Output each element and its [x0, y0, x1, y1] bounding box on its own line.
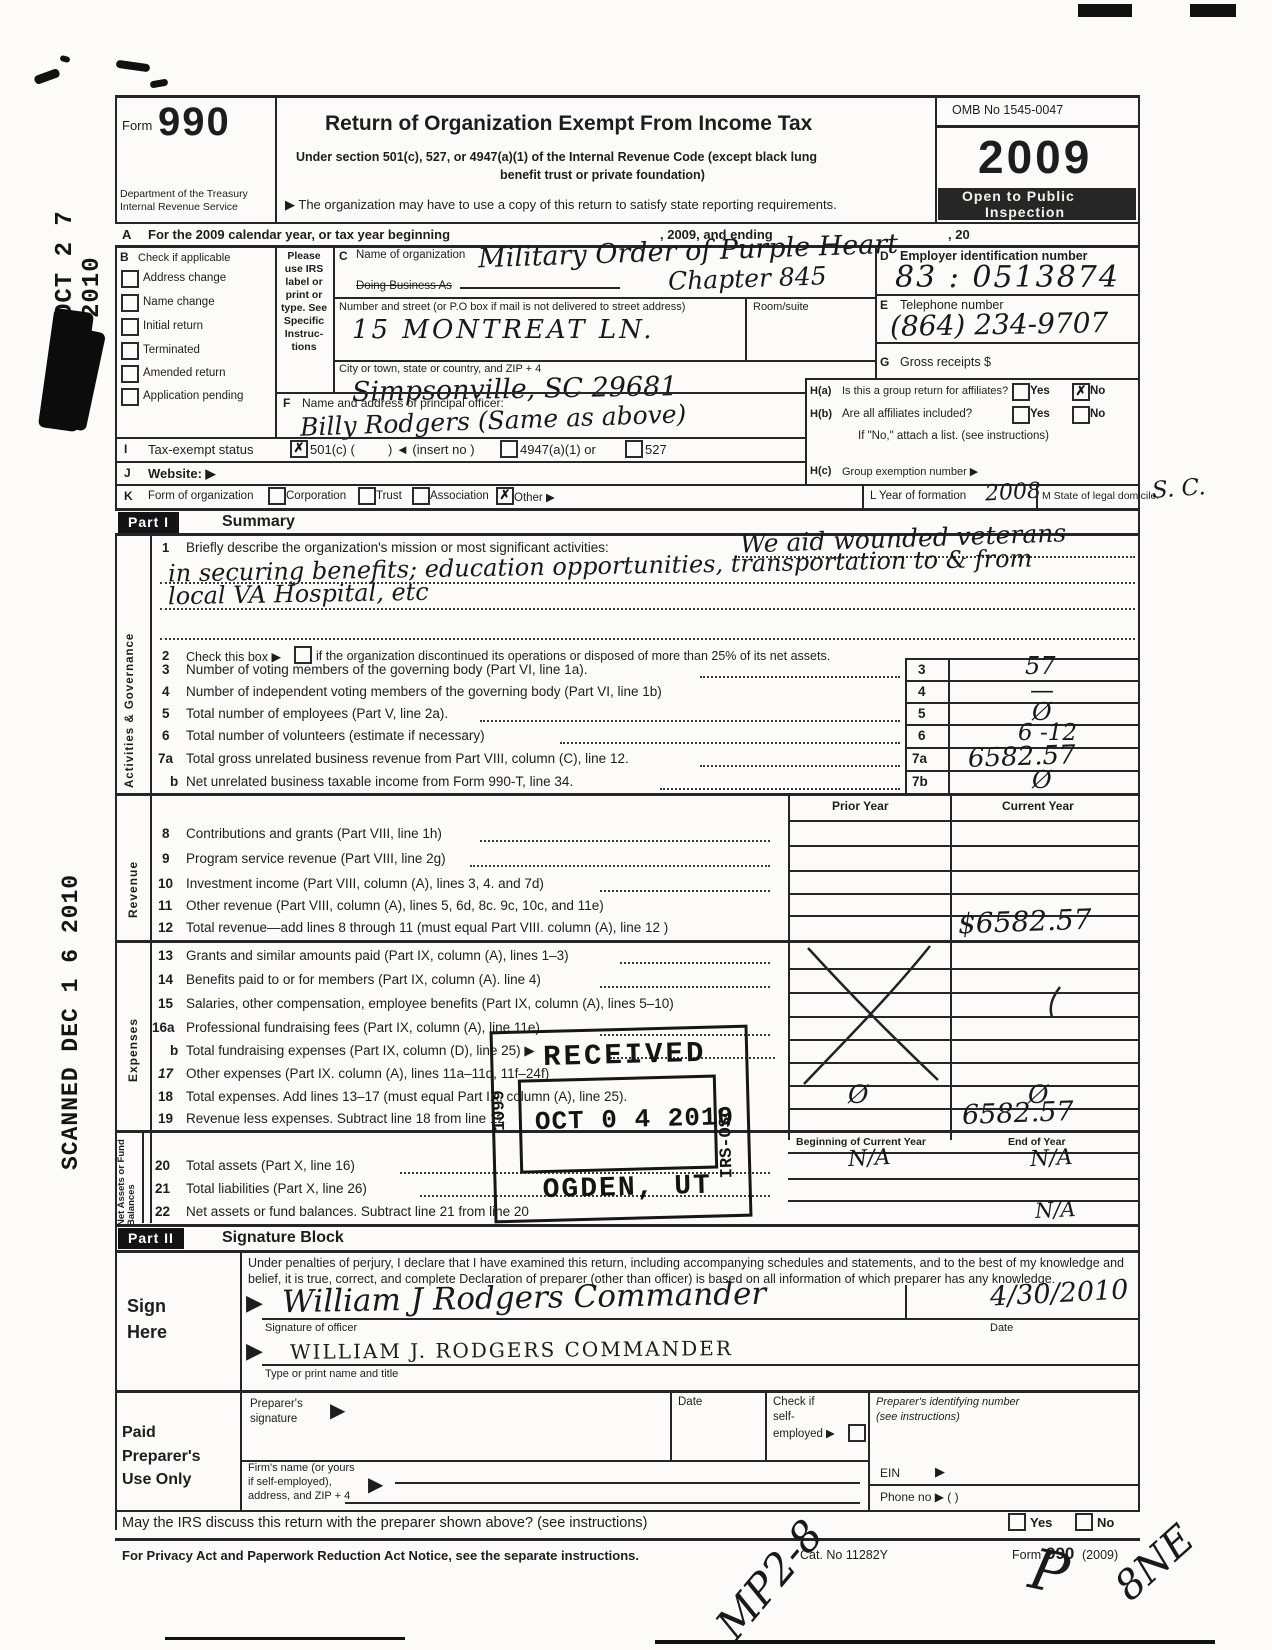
hb-no-checkbox[interactable] — [1072, 406, 1090, 424]
hc-text: Group exemption number ▶ — [842, 465, 978, 478]
room-suite-label: Room/suite — [753, 301, 809, 313]
row-6-box: 6 — [918, 728, 926, 743]
received-stamp-right-code: IRS-OSC — [715, 1058, 737, 1178]
row-i-label: I — [124, 442, 127, 456]
ha-label: H(a) — [810, 385, 831, 397]
section-b-label: B — [120, 250, 129, 264]
signature-date-label: Date — [990, 1322, 1013, 1334]
footer-form-year: (2009) — [1082, 1548, 1118, 1562]
preparers-word: Preparer's — [122, 1448, 201, 1466]
preparer-date-label: Date — [678, 1396, 702, 1408]
state-of-domicile-value: S. C. — [1151, 474, 1206, 504]
row-15-number: 15 — [158, 996, 173, 1011]
type-or-print-label: Type or print name and title — [265, 1368, 398, 1380]
terminated-checkbox[interactable] — [121, 342, 139, 360]
row-13-text: Grants and similar amounts paid (Part IX… — [186, 948, 569, 963]
discuss-no-checkbox[interactable] — [1075, 1513, 1093, 1531]
received-stamp-date: OCT 0 4 2010 — [535, 1102, 735, 1137]
row-12-number: 12 — [158, 920, 173, 935]
row-j-label: J — [124, 466, 131, 480]
state-of-domicile-label: M State of legal domicile. — [1042, 490, 1159, 502]
bottom-notation-ne: 8NE — [1106, 1516, 1203, 1610]
ha-no-checkbox[interactable]: ✗ — [1072, 383, 1090, 401]
section-g-label: G — [880, 355, 889, 369]
row-20-number: 20 — [155, 1158, 170, 1173]
row-17-number: 17 — [158, 1066, 173, 1081]
check-if-label-2: self- — [773, 1411, 795, 1423]
gross-receipts-label: Gross receipts $ — [900, 355, 991, 369]
preparer-signature-label-2: signature — [250, 1413, 297, 1425]
row-5-number: 5 — [162, 706, 170, 721]
row-18-prior-value: Ø — [848, 1080, 869, 1109]
row-20-beginning-value: N/A — [847, 1145, 891, 1172]
tax-exempt-status-label: Tax-exempt status — [148, 442, 254, 457]
state-reporting-note: ▶ The organization may have to use a cop… — [285, 197, 837, 213]
firm-arrow-icon: ▶ — [368, 1472, 383, 1497]
privacy-act-notice: For Privacy Act and Paperwork Reduction … — [122, 1548, 639, 1563]
row-15-text: Salaries, other compensation, employee b… — [186, 996, 674, 1011]
row-6-number: 6 — [162, 728, 170, 743]
received-stamp: RECEIVED OCT 0 4 2010 1099 IRS-OSC OGDEN… — [490, 1025, 753, 1224]
row-k-label: K — [124, 489, 133, 503]
row-19-text: Revenue less expenses. Subtract line 18 … — [186, 1111, 505, 1126]
check-if-label-3: employed ▶ — [773, 1426, 835, 1440]
part-2-title: Signature Block — [222, 1229, 344, 1247]
row-20-text: Total assets (Part X, line 16) — [186, 1158, 355, 1173]
terminated-label: Terminated — [143, 344, 200, 356]
use-only-word: Use Only — [122, 1471, 191, 1489]
row-9-number: 9 — [162, 851, 170, 866]
ink-speck — [116, 60, 151, 73]
printed-name-value[interactable]: WILLIAM J. RODGERS COMMANDER — [290, 1336, 733, 1364]
row-16a-number: 16a — [152, 1020, 175, 1035]
row-7a-box: 7a — [912, 751, 927, 766]
section-d-label: D — [880, 249, 889, 263]
application-pending-checkbox[interactable] — [121, 388, 139, 406]
part-2-badge: Part II — [118, 1228, 184, 1249]
omb-number: OMB No 1545-0047 — [952, 103, 1063, 117]
ha-no-label: No — [1090, 385, 1105, 397]
row-20-end-value: N/A — [1029, 1145, 1073, 1172]
hb-yes-checkbox[interactable] — [1012, 406, 1030, 424]
status-4947-checkbox[interactable] — [500, 440, 518, 458]
discuss-no-label: No — [1097, 1515, 1114, 1530]
year-of-formation-value: 2008 — [984, 479, 1041, 507]
received-stamp-word: RECEIVED — [543, 1037, 707, 1074]
scan-bar — [1190, 4, 1236, 17]
row-7b-text: Net unrelated business taxable income fr… — [186, 774, 573, 789]
application-pending-label: Application pending — [143, 390, 243, 402]
org-association-checkbox[interactable] — [412, 487, 430, 505]
stray-pen-mark — [1040, 985, 1064, 1019]
firm-name-label-3: address, and ZIP + 4 — [248, 1490, 350, 1502]
ein-row-label: EIN — [880, 1466, 900, 1480]
preparer-signature-label-1: Preparer's — [250, 1398, 303, 1410]
firm-name-label-1: Firm's name (or yours — [248, 1462, 355, 1474]
org-name-label: Name of organization — [356, 249, 465, 261]
row-11-number: 11 — [158, 898, 172, 913]
paid-word: Paid — [122, 1424, 156, 1442]
received-stamp-left-code: 1099 — [490, 1090, 510, 1131]
side-label-expenses: Expenses — [126, 952, 140, 1082]
part-1-title: Summary — [222, 513, 295, 531]
org-trust-checkbox[interactable] — [358, 487, 376, 505]
org-other-label: Other ▶ — [514, 490, 555, 504]
row-7b-box: 7b — [912, 774, 928, 789]
hb-text: Are all affiliates included? — [842, 408, 972, 420]
form-word: Form — [122, 118, 152, 133]
amended-return-label: Amended return — [143, 367, 225, 379]
row-7a-value: 6582.57 — [968, 740, 1077, 774]
ink-speck — [150, 78, 169, 88]
preparer-id-label-1: Preparer's identifying number — [876, 1396, 1019, 1408]
status-4947-label: 4947(a)(1) or — [520, 442, 596, 457]
phone-value: (864) 234-9707 — [890, 306, 1109, 343]
dept-line-2: Internal Revenue Service — [120, 201, 238, 213]
status-501c-checkmark: ✗ — [294, 440, 305, 455]
print-arrow-icon: ▶ — [246, 1338, 263, 1364]
row-19-number: 19 — [158, 1111, 173, 1126]
dba-label: Doing Business As — [356, 280, 452, 292]
hb-label: H(b) — [810, 408, 832, 420]
row-11-text: Other revenue (Part VIII, column (A), li… — [186, 898, 604, 913]
row-6-text: Total number of volunteers (estimate if … — [186, 728, 485, 743]
section-b-title: Check if applicable — [138, 252, 230, 264]
status-501c-insert: ) ◄ (insert no ) — [388, 442, 475, 457]
ha-text: Is this a group return for affiliates? — [842, 385, 1008, 397]
ha-yes-label: Yes — [1030, 385, 1050, 397]
amended-return-checkbox[interactable] — [121, 365, 139, 383]
scan-bar — [1078, 4, 1132, 17]
row-10-text: Investment income (Part VIII, column (A)… — [186, 876, 544, 891]
row-14-number: 14 — [158, 972, 173, 987]
preparer-sig-arrow-icon: ▶ — [330, 1398, 345, 1423]
row-18-number: 18 — [158, 1089, 173, 1104]
scan-line — [655, 1640, 1215, 1644]
ein-value: 83 : 0513874 — [895, 260, 1120, 295]
row-4-number: 4 — [162, 684, 170, 699]
org-corporation-label: Corporation — [286, 490, 346, 502]
mission-handwriting-3: local VA Hospital, etc — [168, 578, 429, 611]
ein-arrow-icon: ▶ — [935, 1464, 945, 1480]
row-12-text: Total revenue—add lines 8 through 11 (mu… — [186, 920, 668, 935]
row-7a-text: Total gross unrelated business revenue f… — [186, 751, 629, 766]
org-trust-label: Trust — [376, 490, 402, 502]
signature-date-value[interactable]: 4/30/2010 — [989, 1274, 1129, 1312]
line-a-label: A — [122, 227, 131, 242]
website-label: Website: ▶ — [148, 466, 216, 482]
row-16b-text: Total fundraising expenses (Part IX, col… — [186, 1043, 535, 1059]
row-14-text: Benefits paid to or for members (Part IX… — [186, 972, 541, 987]
row-7b-number: b — [170, 774, 178, 789]
row-22-text: Net assets or fund balances. Subtract li… — [186, 1204, 529, 1219]
status-527-checkbox[interactable] — [625, 440, 643, 458]
row-21-number: 21 — [155, 1181, 170, 1196]
form-990-scanned-page: OCT 2 7 2010 SCANNED DEC 1 6 2010 Form 9… — [0, 0, 1272, 1650]
form-subtitle-1: Under section 501(c), 527, or 4947(a)(1)… — [296, 150, 817, 164]
row-3-text: Number of voting members of the governin… — [186, 662, 587, 677]
street-value: 15 MONTREAT LN. — [352, 315, 655, 345]
status-501c-label: 501(c) ( — [310, 442, 355, 457]
may-irs-discuss-text: May the IRS discuss this return with the… — [122, 1515, 647, 1531]
row-4-text: Number of independent voting members of … — [186, 684, 662, 699]
phone-no-label: Phone no ▶ ( ) — [880, 1490, 959, 1504]
row-19-current-value: 6582.57 — [961, 1096, 1074, 1131]
ha-no-checkmark: ✗ — [1076, 383, 1087, 398]
here-word: Here — [127, 1322, 167, 1343]
line-2-number: 2 — [162, 648, 169, 663]
side-label-net-assets: Net Assets or Fund Balances — [117, 1134, 137, 1226]
form-of-org-label: Form of organization — [148, 490, 253, 502]
hb-no-label: No — [1090, 408, 1105, 420]
scan-line — [165, 1637, 405, 1640]
sign-word: Sign — [127, 1296, 166, 1317]
section-c-label: C — [339, 249, 348, 263]
open-to-public-line1: Open to Public — [962, 188, 1075, 204]
row-22-end-value: N/A — [1034, 1197, 1076, 1223]
signature-of-officer-label: Signature of officer — [265, 1322, 357, 1334]
preparer-id-label-2: (see instructions) — [876, 1411, 960, 1423]
row-21-text: Total liabilities (Part X, line 26) — [186, 1181, 367, 1196]
ha-yes-checkbox[interactable] — [1012, 383, 1030, 401]
form-subtitle-2: benefit trust or private foundation) — [500, 168, 705, 182]
row-13-number: 13 — [158, 948, 173, 963]
line-2-text-b: if the organization discontinued its ope… — [316, 649, 830, 663]
row-9-text: Program service revenue (Part VIII, line… — [186, 851, 446, 866]
self-employed-checkbox[interactable] — [848, 1424, 866, 1442]
row-7a-number: 7a — [158, 751, 173, 766]
row-16a-text: Professional fundraising fees (Part IX, … — [186, 1020, 540, 1035]
org-corporation-checkbox[interactable] — [268, 487, 286, 505]
hb-note: If "No," attach a list. (see instruction… — [858, 430, 1049, 442]
crossed-out-prior-column-mark — [790, 944, 948, 1086]
tax-year-big: 2009 — [978, 130, 1092, 184]
row-3-number: 3 — [162, 662, 170, 677]
status-501c-checkbox[interactable]: ✗ — [290, 440, 308, 458]
row-8-number: 8 — [162, 826, 170, 841]
use-irs-label-box: Please use IRS label or print or type. S… — [278, 250, 330, 388]
row-12-current-value: $6582.57 — [957, 903, 1092, 941]
side-label-revenue: Revenue — [126, 808, 140, 918]
hc-label: H(c) — [810, 465, 831, 477]
address-change-label: Address change — [143, 272, 226, 284]
ink-speck — [59, 55, 70, 63]
row-3-box: 3 — [918, 662, 926, 677]
row-8-text: Contributions and grants (Part VIII, lin… — [186, 826, 442, 841]
initial-return-label: Initial return — [143, 320, 203, 332]
received-stamp-city: OGDEN, UT — [542, 1171, 712, 1206]
line-a-end: , 20 — [948, 227, 970, 242]
section-e-label: E — [880, 298, 888, 312]
line-a-text: For the 2009 calendar year, or tax year … — [148, 227, 450, 242]
org-other-checkbox[interactable]: ✗ — [496, 487, 514, 505]
form-title: Return of Organization Exempt From Incom… — [325, 112, 812, 136]
org-other-checkmark: ✗ — [500, 487, 511, 502]
row-5-box: 5 — [918, 706, 926, 721]
row-22-number: 22 — [155, 1204, 170, 1219]
signature-arrow-icon: ▶ — [246, 1290, 263, 1316]
postmark-date-stamp: OCT 2 7 2010 — [52, 168, 106, 318]
name-change-checkbox[interactable] — [121, 294, 139, 312]
row-4-box: 4 — [918, 684, 926, 699]
org-name-value-2: Chapter 845 — [668, 261, 828, 296]
officer-signature-value[interactable]: William J Rodgers Commander — [282, 1276, 767, 1320]
line-1-number: 1 — [162, 540, 169, 555]
check-if-label-1: Check if — [773, 1396, 815, 1408]
side-label-governance: Activities & Governance — [124, 548, 136, 788]
dept-line-1: Department of the Treasury — [120, 188, 248, 200]
org-association-label: Association — [430, 490, 489, 502]
firm-name-label-2: if self-employed), — [248, 1476, 332, 1488]
part-1-badge: Part I — [118, 512, 179, 533]
current-year-header: Current Year — [1002, 799, 1074, 813]
address-change-checkbox[interactable] — [121, 270, 139, 288]
row-10-number: 10 — [158, 876, 173, 891]
row-7b-value: Ø — [1032, 766, 1052, 794]
name-change-label: Name change — [143, 296, 215, 308]
section-f-label: F — [283, 396, 290, 410]
street-label: Number and street (or P.O box if mail is… — [339, 301, 685, 313]
initial-return-checkbox[interactable] — [121, 318, 139, 336]
scanned-stamp: SCANNED DEC 1 6 2010 — [58, 870, 84, 1170]
discuss-yes-checkbox[interactable] — [1008, 1513, 1026, 1531]
row-16b-number: b — [170, 1043, 178, 1058]
hb-yes-label: Yes — [1030, 408, 1050, 420]
status-527-label: 527 — [645, 442, 667, 457]
row-5-text: Total number of employees (Part V, line … — [186, 706, 448, 721]
prior-year-header: Prior Year — [832, 799, 888, 813]
form-number: 990 — [158, 100, 231, 145]
open-to-public-line2: Inspection — [985, 204, 1065, 220]
ink-speck — [33, 68, 61, 85]
discuss-yes-label: Yes — [1030, 1515, 1052, 1530]
year-of-formation-label: L Year of formation — [870, 490, 966, 502]
bottom-notation-mp: MP2-8 — [706, 1511, 833, 1649]
